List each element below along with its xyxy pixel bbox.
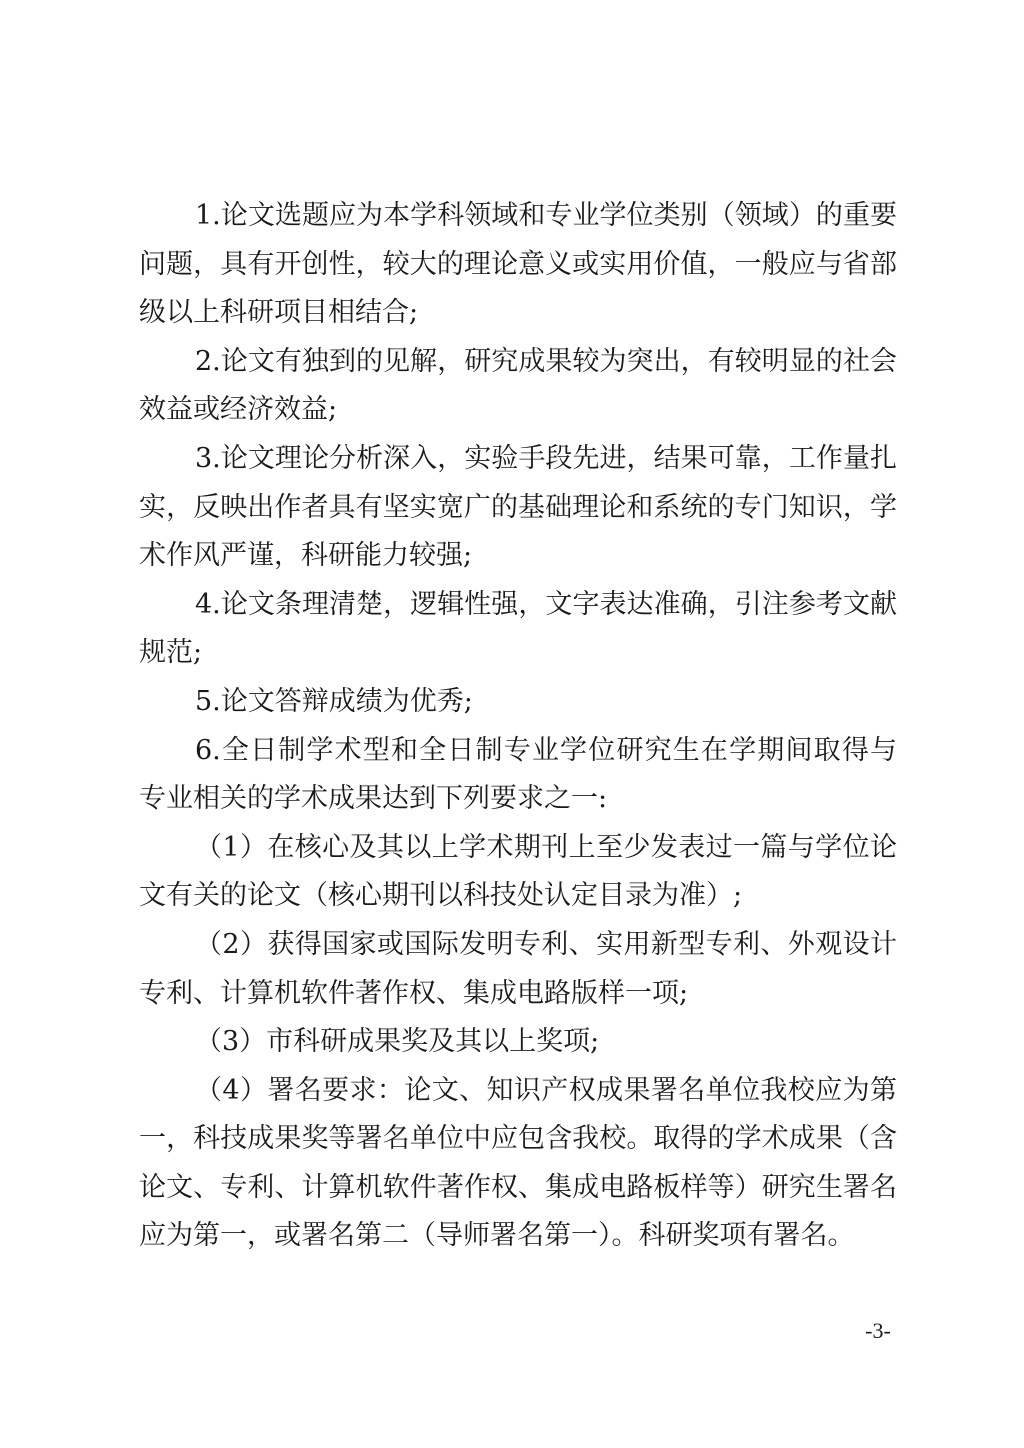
text-line: 6.全日制学术型和全日制专业学位研究生在学期间取得与	[139, 727, 897, 776]
paragraph-item-6-1: （1）在核心及其以上学术期刊上至少发表过一篇与学位论 文有关的论文（核心期刊以科…	[139, 824, 897, 921]
document-body: 1.论文选题应为本学科领域和专业学位类别（领域）的重要 问题，具有开创性，较大的…	[139, 192, 897, 1261]
text-line: 级以上科研项目相结合;	[139, 289, 897, 338]
paragraph-item-6-2: （2）获得国家或国际发明专利、实用新型专利、外观设计 专利、计算机软件著作权、集…	[139, 921, 897, 1018]
text-line: 2.论文有独到的见解，研究成果较为突出，有较明显的社会	[139, 338, 897, 387]
paragraph-item-1: 1.论文选题应为本学科领域和专业学位类别（领域）的重要 问题，具有开创性，较大的…	[139, 192, 897, 338]
paragraph-item-4: 4.论文条理清楚，逻辑性强，文字表达准确，引注参考文献 规范;	[139, 581, 897, 678]
page-number: -3-	[848, 1318, 908, 1344]
text-line: （2）获得国家或国际发明专利、实用新型专利、外观设计	[139, 921, 897, 970]
text-line: 一，科技成果奖等署名单位中应包含我校。取得的学术成果（含	[139, 1115, 897, 1164]
text-line: 规范;	[139, 629, 897, 678]
paragraph-item-3: 3.论文理论分析深入，实验手段先进，结果可靠，工作量扎 实，反映出作者具有坚实宽…	[139, 435, 897, 581]
text-line: （3）市科研成果奖及其以上奖项;	[139, 1018, 897, 1067]
text-line: 1.论文选题应为本学科领域和专业学位类别（领域）的重要	[139, 192, 897, 241]
text-line: （1）在核心及其以上学术期刊上至少发表过一篇与学位论	[139, 824, 897, 873]
text-line: 效益或经济效益;	[139, 386, 897, 435]
text-line: 论文、专利、计算机软件著作权、集成电路板样等）研究生署名	[139, 1164, 897, 1213]
text-line: 问题，具有开创性，较大的理论意义或实用价值，一般应与省部	[139, 241, 897, 290]
text-line: 5.论文答辩成绩为优秀;	[139, 678, 897, 727]
paragraph-item-6-3: （3）市科研成果奖及其以上奖项;	[139, 1018, 897, 1067]
paragraph-item-6-4: （4）署名要求：论文、知识产权成果署名单位我校应为第 一，科技成果奖等署名单位中…	[139, 1067, 897, 1261]
paragraph-item-2: 2.论文有独到的见解，研究成果较为突出，有较明显的社会 效益或经济效益;	[139, 338, 897, 435]
paragraph-item-6: 6.全日制学术型和全日制专业学位研究生在学期间取得与 专业相关的学术成果达到下列…	[139, 727, 897, 824]
text-line: 应为第一，或署名第二（导师署名第一）。科研奖项有署名。	[139, 1212, 897, 1261]
text-line: 专业相关的学术成果达到下列要求之一:	[139, 775, 897, 824]
text-line: 4.论文条理清楚，逻辑性强，文字表达准确，引注参考文献	[139, 581, 897, 630]
text-line: 3.论文理论分析深入，实验手段先进，结果可靠，工作量扎	[139, 435, 897, 484]
text-line: （4）署名要求：论文、知识产权成果署名单位我校应为第	[139, 1067, 897, 1116]
text-line: 术作风严谨，科研能力较强;	[139, 532, 897, 581]
text-line: 专利、计算机软件著作权、集成电路版样一项;	[139, 970, 897, 1019]
text-line: 实，反映出作者具有坚实宽广的基础理论和系统的专门知识，学	[139, 484, 897, 533]
text-line: 文有关的论文（核心期刊以科技处认定目录为准）;	[139, 872, 897, 921]
paragraph-item-5: 5.论文答辩成绩为优秀;	[139, 678, 897, 727]
